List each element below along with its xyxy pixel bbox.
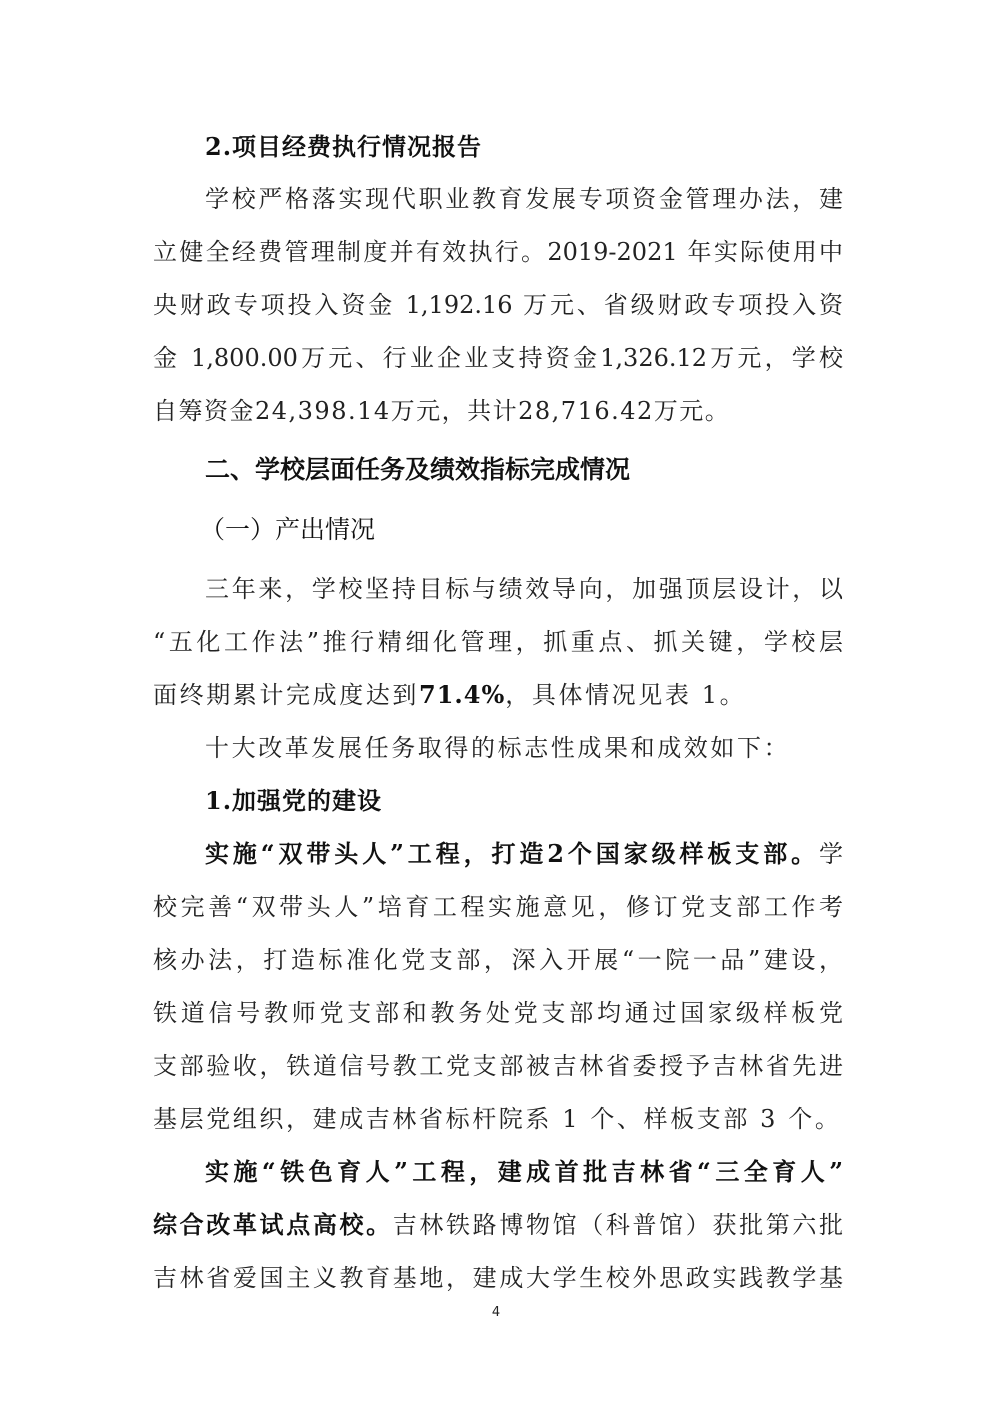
section-heading-funding-report: 2.项目经费执行情况报告 bbox=[205, 127, 843, 167]
line-tail: 吉林铁路博物馆（科普馆）获批第六批 bbox=[393, 1211, 843, 1239]
bold-lead-line: 实施“铁色育人”工程，建成首批吉林省“三全育人” bbox=[205, 1152, 843, 1192]
paragraph-line: 综合改革试点高校。吉林铁路博物馆（科普馆）获批第六批 bbox=[153, 1205, 843, 1245]
document-page: 2.项目经费执行情况报告 学校严格落实现代职业教育发展专项资金管理办法，建 立健… bbox=[0, 0, 993, 1404]
completion-rate-value: 71.4% bbox=[419, 680, 505, 709]
page-number: 4 bbox=[486, 1305, 506, 1320]
completion-prefix: 面终期累计完成度达到 bbox=[153, 681, 419, 709]
item-heading-party-building: 1.加强党的建设 bbox=[205, 781, 843, 821]
paragraph-line: 铁道信号教师党支部和教务处党支部均通过国家级样板党 bbox=[153, 993, 843, 1033]
paragraph-line: 三年来，学校坚持目标与绩效导向，加强顶层设计，以 bbox=[205, 569, 843, 609]
paragraph-line: 校完善“双带头人”培育工程实施意见，修订党支部工作考 bbox=[153, 887, 843, 927]
paragraph-line: “五化工作法”推行精细化管理，抓重点、抓关键，学校层 bbox=[153, 622, 843, 662]
paragraph-line: 学校严格落实现代职业教育发展专项资金管理办法，建 bbox=[205, 179, 843, 219]
achievements-intro: 十大改革发展任务取得的标志性成果和成效如下： bbox=[205, 728, 843, 768]
paragraph-line: 基层党组织，建成吉林省标杆院系 1 个、样板支部 3 个。 bbox=[153, 1099, 843, 1139]
paragraph-line: 央财政专项投入资金 1,192.16 万元、省级财政专项投入资 bbox=[153, 285, 843, 325]
line-tail: 学 bbox=[819, 840, 843, 868]
paragraph-line: 吉林省爱国主义教育基地，建成大学生校外思政实践教学基 bbox=[153, 1258, 843, 1298]
bold-lead-text: 实施“双带头人”工程，打造2个国家级样板支部。 bbox=[205, 839, 819, 868]
section-heading-school-tasks: 二、学校层面任务及绩效指标完成情况 bbox=[205, 450, 843, 490]
paragraph-line: 支部验收，铁道信号教工党支部被吉林省委授予吉林省先进 bbox=[153, 1046, 843, 1086]
paragraph-line: 核办法，打造标准化党支部，深入开展“一院一品”建设， bbox=[153, 940, 843, 980]
paragraph-line: 立健全经费管理制度并有效执行。2019-2021 年实际使用中 bbox=[153, 232, 843, 272]
subheading-output: （一）产出情况 bbox=[200, 510, 890, 550]
completion-suffix: ，具体情况见表 1。 bbox=[505, 681, 746, 709]
completion-line: 面终期累计完成度达到71.4%，具体情况见表 1。 bbox=[153, 675, 843, 715]
paragraph-line: 金 1,800.00万元、行业企业支持资金1,326.12万元，学校 bbox=[153, 338, 843, 378]
bold-lead-text: 综合改革试点高校。 bbox=[153, 1210, 393, 1239]
paragraph-line: 实施“双带头人”工程，打造2个国家级样板支部。学 bbox=[205, 834, 843, 874]
paragraph-line: 自筹资金24,398.14万元，共计28,716.42万元。 bbox=[153, 391, 843, 431]
